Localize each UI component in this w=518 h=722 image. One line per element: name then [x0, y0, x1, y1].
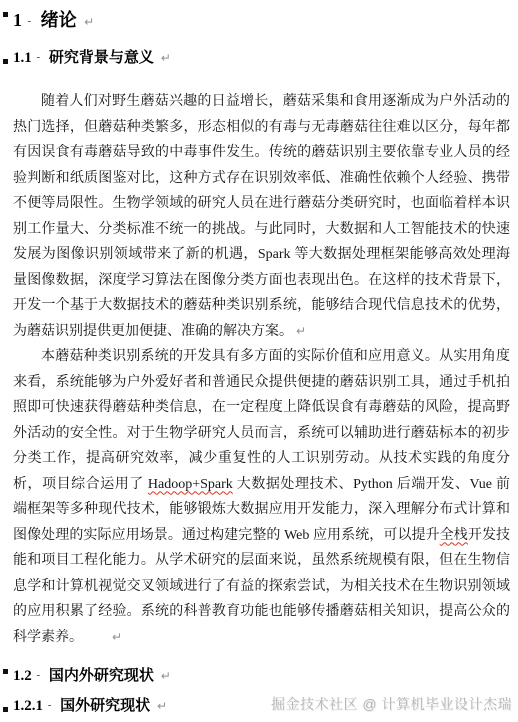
- heading-text: 国外研究现状: [60, 698, 150, 714]
- outline-bullet-icon: [3, 59, 8, 64]
- tab-mark-icon: -: [28, 9, 32, 33]
- outline-bullet-icon: [3, 12, 8, 17]
- spellcheck-term: Hadoop+Spark: [148, 477, 233, 492]
- heading-text: 研究背景与意义: [49, 50, 154, 66]
- outline-bullet-icon: [3, 707, 8, 712]
- document-page: 1 - 绪论 ↵ 1.1 - 研究背景与意义 ↵ 随着人们对野生蘑菇兴趣的日益增…: [0, 0, 518, 722]
- paragraph-text: 本蘑菇种类识别系统的开发具有多方面的实际价值和应用意义。从实用角度来看，系统能够…: [13, 349, 510, 492]
- tab-mark-icon: -: [37, 47, 41, 67]
- heading-number: 1.2.1: [13, 698, 43, 714]
- heading-section-1-1: 1.1 - 研究背景与意义 ↵: [13, 47, 509, 68]
- heading-text: 国内外研究现状: [49, 668, 154, 684]
- paragraph-mark-icon: ↵: [84, 15, 94, 29]
- heading-chapter-1: 1 - 绪论 ↵: [13, 8, 509, 34]
- paragraph-mark-icon: ↵: [161, 51, 171, 65]
- paragraph-mark-icon: ↵: [157, 699, 167, 713]
- heading-number: 1.2: [13, 668, 32, 684]
- tab-mark-icon: -: [48, 695, 52, 715]
- watermark: 掘金技术社区 @ 计算机毕业设计杰瑞: [271, 694, 512, 714]
- paragraph-mark-icon: ↵: [112, 630, 122, 644]
- spellcheck-term: 全栈: [440, 528, 468, 543]
- paragraph-text: 随着人们对野生蘑菇兴趣的日益增长，蘑菇采集和食用逐渐成为户外活动的热门选择，但蘑…: [13, 94, 510, 339]
- heading-number: 1: [13, 10, 22, 30]
- heading-section-1-2: 1.2 - 国内外研究现状 ↵: [13, 665, 509, 686]
- paragraph-text: 开发技能和项目工程化能力。从学术研究的层面来说，虽然系统规模有限，但在生物信息学…: [13, 528, 510, 645]
- heading-text: 绪论: [41, 10, 77, 30]
- outline-bullet-icon: [3, 669, 8, 674]
- tab-mark-icon: -: [37, 665, 41, 685]
- heading-number: 1.1: [13, 50, 32, 66]
- paragraph-mark-icon: ↵: [296, 324, 306, 338]
- paragraph-mark-icon: ↵: [161, 669, 171, 683]
- paragraph-2: 本蘑菇种类识别系统的开发具有多方面的实际价值和应用意义。从实用角度来看，系统能够…: [13, 344, 510, 650]
- paragraph-1: 随着人们对野生蘑菇兴趣的日益增长，蘑菇采集和食用逐渐成为户外活动的热门选择，但蘑…: [13, 89, 510, 344]
